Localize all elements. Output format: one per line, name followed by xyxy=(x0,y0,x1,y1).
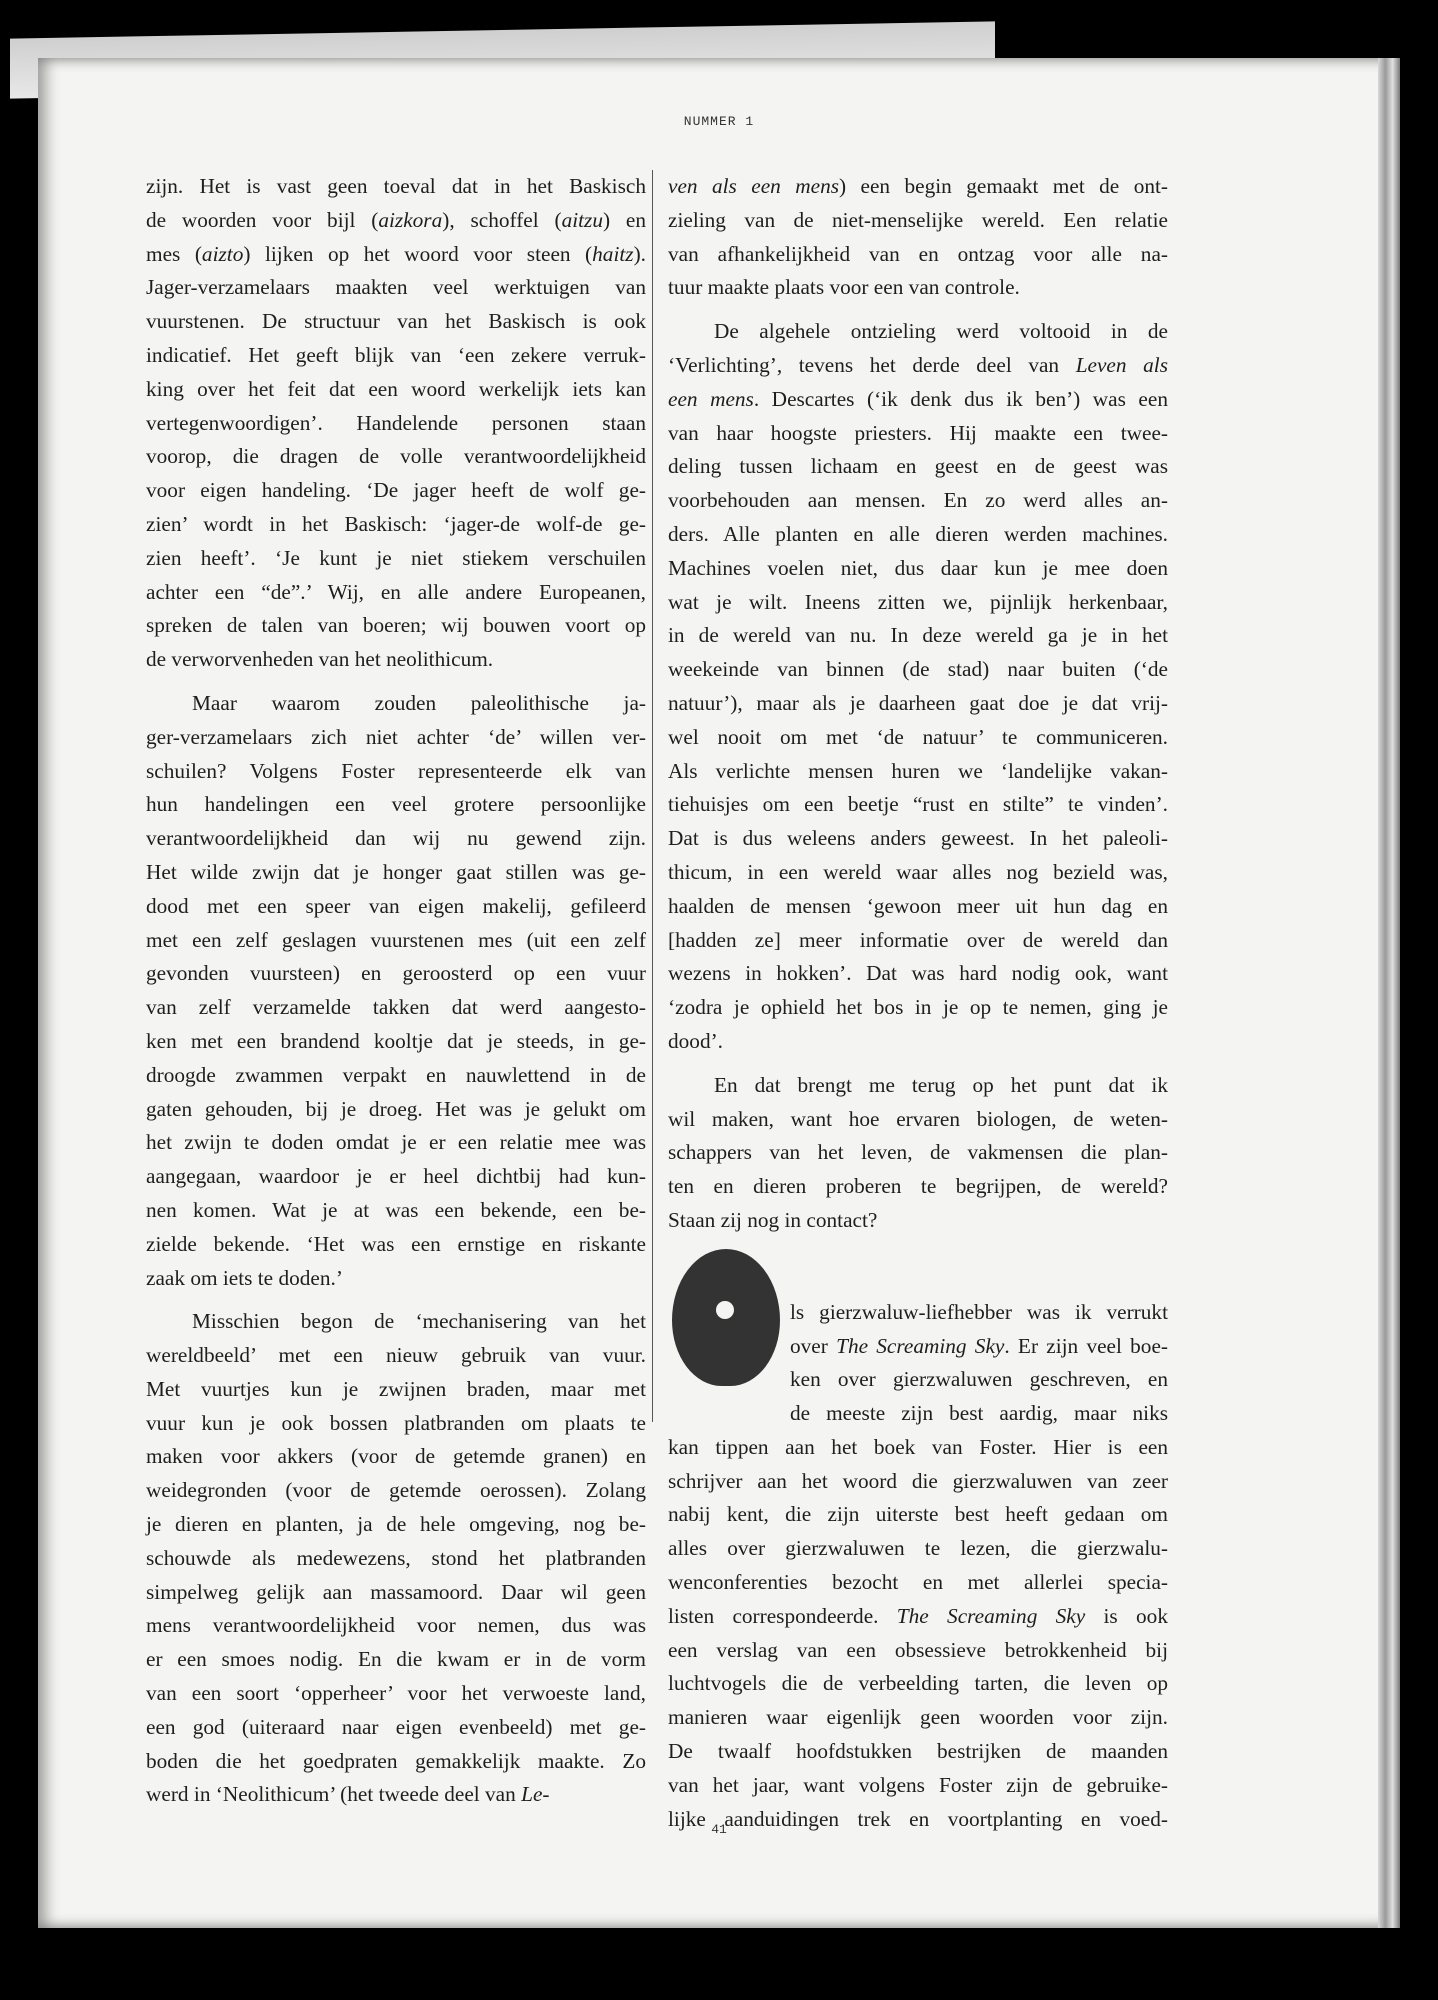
text-line: een verslag van een obsessieve betrokken… xyxy=(668,1634,1168,1668)
text-line: van haar hoogste priesters. Hij maakte e… xyxy=(668,417,1168,451)
running-head: NUMMER 1 xyxy=(0,114,1438,129)
text-line: nabij kent, die zijn uiterste best heeft… xyxy=(668,1498,1168,1532)
text-line: gevonden vuursteen) en geroosterd op een… xyxy=(146,957,646,991)
paragraph-gap xyxy=(668,305,1168,315)
paragraph-gap xyxy=(146,677,646,687)
perforation-mark xyxy=(186,1880,192,1900)
text-line: simpelweg gelijk aan massamoord. Daar wi… xyxy=(146,1576,646,1610)
text-line: mens verantwoordelijkheid voor nemen, du… xyxy=(146,1609,646,1643)
text-line: maken voor akkers (voor de getemde grane… xyxy=(146,1440,646,1474)
text-line: ven als een mens) een begin gemaakt met … xyxy=(668,170,1168,204)
dropcap-letter-a-icon xyxy=(672,1249,780,1386)
text-line: schuilen? Volgens Foster representeerde … xyxy=(146,755,646,789)
text-line: zijn. Het is vast geen toeval dat in het… xyxy=(146,170,646,204)
text-line: hun handelingen een veel grotere persoon… xyxy=(146,788,646,822)
text-line: tiehuisjes om een beetje “rust en stilte… xyxy=(668,788,1168,822)
text-line: het zwijn te doden omdat je er een relat… xyxy=(146,1126,646,1160)
text-line: ders. Alle planten en alle dieren werden… xyxy=(668,518,1168,552)
text-line: voor eigen handeling. ‘De jager heeft de… xyxy=(146,474,646,508)
text-line: manieren waar eigenlijk geen woorden voo… xyxy=(668,1701,1168,1735)
text-line: voorbehouden aan mensen. En zo werd alle… xyxy=(668,484,1168,518)
text-line: van het jaar, want volgens Foster zijn d… xyxy=(668,1769,1168,1803)
text-line: luchtvogels die de verbeelding tarten, d… xyxy=(668,1667,1168,1701)
text-line: schappers van het leven, de vakmensen di… xyxy=(668,1136,1168,1170)
paragraph-gap xyxy=(146,1295,646,1305)
text-line: voorop, die dragen de volle verantwoorde… xyxy=(146,440,646,474)
text-line: natuur’), maar als je daarheen gaat doe … xyxy=(668,687,1168,721)
text-line: thicum, in een wereld waar alles nog bez… xyxy=(668,856,1168,890)
text-line: een god (uiteraard naar eigen evenbeeld)… xyxy=(146,1711,646,1745)
text-line: schrijver aan het woord die gierzwaluwen… xyxy=(668,1465,1168,1499)
text-line: weidegronden (voor de getemde oerossen).… xyxy=(146,1474,646,1508)
text-line: zielde bekende. ‘Het was een ernstige en… xyxy=(146,1228,646,1262)
text-line: wat je wilt. Ineens zitten we, pijnlijk … xyxy=(668,586,1168,620)
text-line: king over het feit dat een woord werkeli… xyxy=(146,373,646,407)
text-line: zieling van de niet-menselijke wereld. E… xyxy=(668,204,1168,238)
text-line: schouwde als medewezens, stond het platb… xyxy=(146,1542,646,1576)
text-line: de meeste zijn best aardig, maar niks xyxy=(668,1397,1168,1431)
text-line: ‘zodra je ophield het bos in je op te ne… xyxy=(668,991,1168,1025)
text-line: met een zelf geslagen vuurstenen mes (ui… xyxy=(146,924,646,958)
text-line: ger-verzamelaars zich niet achter ‘de’ w… xyxy=(146,721,646,755)
text-line: van zelf verzamelde takken dat werd aang… xyxy=(146,991,646,1025)
text-line: ‘Verlichting’, tevens het derde deel van… xyxy=(668,349,1168,383)
text-line: in de wereld van nu. In deze wereld ga j… xyxy=(668,619,1168,653)
column-rule xyxy=(652,170,653,1422)
text-line: er een smoes nodig. En die kwam er in de… xyxy=(146,1643,646,1677)
text-line: droogde zwammen verpakt en nauwlettend i… xyxy=(146,1059,646,1093)
text-line: Staan zij nog in contact? xyxy=(668,1204,1168,1238)
text-line: vertegenwoordigen’. Handelende personen … xyxy=(146,407,646,441)
left-column: zijn. Het is vast geen toeval dat in het… xyxy=(146,170,646,1812)
text-line: je dieren en planten, ja de hele omgevin… xyxy=(146,1508,646,1542)
text-line: deling tussen lichaam en geest en de gee… xyxy=(668,450,1168,484)
text-line: wezens in hokken’. Dat was hard nodig oo… xyxy=(668,957,1168,991)
text-line: wereldbeeld’ met een nieuw gebruik van v… xyxy=(146,1339,646,1373)
text-line: nen komen. Wat je at was een bekende, ee… xyxy=(146,1194,646,1228)
text-line: een mens. Descartes (‘ik denk dus ik ben… xyxy=(668,383,1168,417)
text-line: indicatief. Het geeft blijk van ‘een zek… xyxy=(146,339,646,373)
text-line: de woorden voor bijl (aizkora), schoffel… xyxy=(146,204,646,238)
text-line: de verworvenheden van het neolithicum. xyxy=(146,643,646,677)
text-line: wel nooit om met ‘de natuur’ te communic… xyxy=(668,721,1168,755)
text-line: spreken de talen van boeren; wij bouwen … xyxy=(146,609,646,643)
text-line: vuurstenen. De structuur van het Baskisc… xyxy=(146,305,646,339)
text-line: Met vuurtjes kun je zwijnen braden, maar… xyxy=(146,1373,646,1407)
text-line: [hadden ze] meer informatie over de were… xyxy=(668,924,1168,958)
text-line: werd in ‘Neolithicum’ (het tweede deel v… xyxy=(146,1778,646,1812)
right-column: ven als een mens) een begin gemaakt met … xyxy=(668,170,1168,1836)
text-line: Dat is dus weleens anders geweest. In he… xyxy=(668,822,1168,856)
page-number: 41 xyxy=(0,1822,1438,1837)
text-line: boden die het goedpraten gemakkelijk maa… xyxy=(146,1745,646,1779)
page-stack-edge xyxy=(1378,58,1400,1928)
text-line: Als verlichte mensen huren we ‘landelijk… xyxy=(668,755,1168,789)
text-line: van afhankelijkheid van en ontzag voor a… xyxy=(668,238,1168,272)
text-line: Maar waarom zouden paleolithische ja- xyxy=(146,687,646,721)
text-line: achter een “de”.’ Wij, en alle andere Eu… xyxy=(146,576,646,610)
text-line: weekeinde van binnen (de stad) naar buit… xyxy=(668,653,1168,687)
text-line: Machines voelen niet, dus daar kun je me… xyxy=(668,552,1168,586)
text-line: Misschien begon de ‘mechanisering van he… xyxy=(146,1305,646,1339)
text-line: vuur kun je ook bossen platbranden om pl… xyxy=(146,1407,646,1441)
text-line: ken met een brandend kooltje dat je stee… xyxy=(146,1025,646,1059)
text-line: wenconferenties bezocht en met allerlei … xyxy=(668,1566,1168,1600)
text-line: zien’ wordt in het Baskisch: ‘jager-de w… xyxy=(146,508,646,542)
text-line: alles over gierzwaluwen te lezen, die gi… xyxy=(668,1532,1168,1566)
text-line: De twaalf hoofdstukken bestrijken de maa… xyxy=(668,1735,1168,1769)
text-line: kan tippen aan het boek van Foster. Hier… xyxy=(668,1431,1168,1465)
text-line: Het wilde zwijn dat je honger gaat still… xyxy=(146,856,646,890)
text-line: mes (aizto) lijken op het woord voor ste… xyxy=(146,238,646,272)
text-line: aangegaan, waardoor je er heel dichtbij … xyxy=(146,1160,646,1194)
text-line: Jager-verzamelaars maakten veel werktuig… xyxy=(146,271,646,305)
text-line: tuur maakte plaats voor een van controle… xyxy=(668,271,1168,305)
text-line: verantwoordelijkheid dan wij nu gewend z… xyxy=(146,822,646,856)
text-line: haalden de mensen ‘gewoon meer uit hun d… xyxy=(668,890,1168,924)
text-line: ten en dieren proberen te begrijpen, de … xyxy=(668,1170,1168,1204)
text-line: De algehele ontzieling werd voltooid in … xyxy=(668,315,1168,349)
text-line: listen correspondeerde. The Screaming Sk… xyxy=(668,1600,1168,1634)
text-line: wil maken, want hoe ervaren biologen, de… xyxy=(668,1103,1168,1137)
text-line: van een soort ‘opperheer’ voor het verwo… xyxy=(146,1677,646,1711)
text-line: dood’. xyxy=(668,1025,1168,1059)
text-line: zien heeft’. ‘Je kunt je niet stiekem ve… xyxy=(146,542,646,576)
text-line: dood met een speer van eigen makelij, ge… xyxy=(146,890,646,924)
scan-border xyxy=(0,1928,1438,2000)
text-line: En dat brengt me terug op het punt dat i… xyxy=(668,1069,1168,1103)
text-line: gaten gehouden, bij je droeg. Het was je… xyxy=(146,1093,646,1127)
text-line: zaak om iets te doden.’ xyxy=(146,1262,646,1296)
paragraph-gap xyxy=(668,1059,1168,1069)
